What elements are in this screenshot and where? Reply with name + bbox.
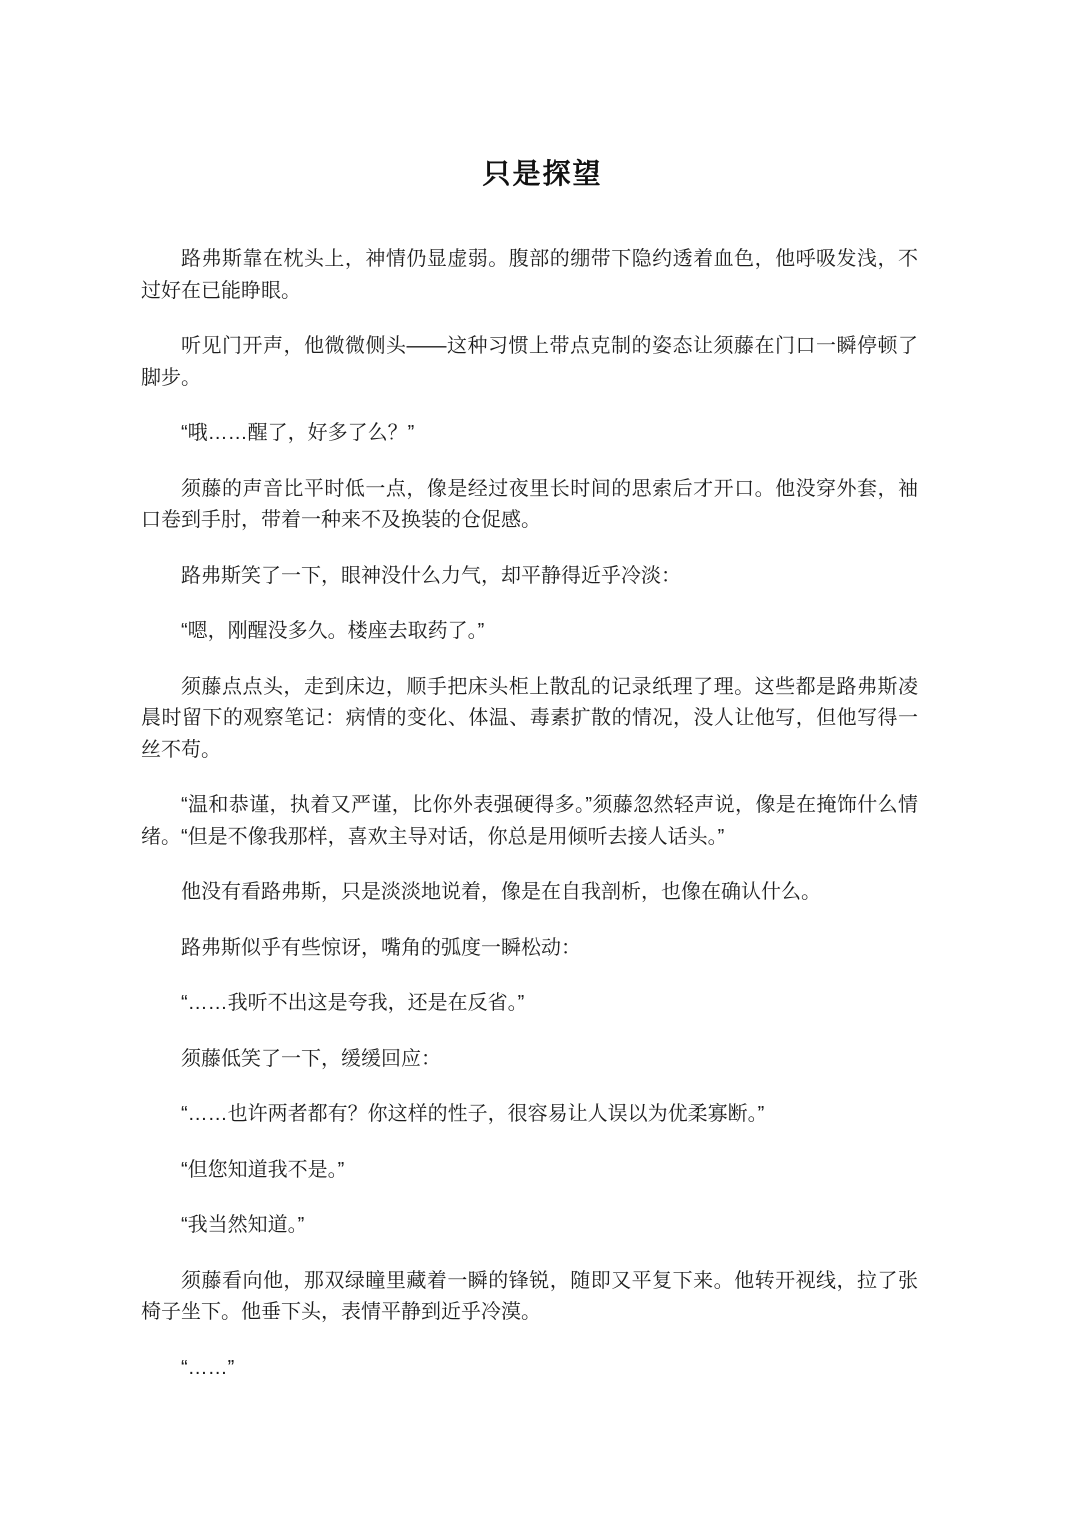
paragraph-4: 须藤的声音比平时低一点，像是经过夜里长时间的思索后才开口。他没穿外套，袖口卷到手…: [141, 474, 918, 537]
paragraph-10: 路弗斯似乎有些惊讶，嘴角的弧度一瞬松动：: [141, 933, 918, 965]
paragraph-5: 路弗斯笑了一下，眼神没什么力气，却平静得近乎冷淡：: [141, 561, 918, 593]
paragraph-8-dialogue: “温和恭谨，执着又严谨，比你外表强硬得多。”须藤忽然轻声说，像是在掩饰什么情绪。…: [141, 790, 918, 853]
document-page: 只是探望 路弗斯靠在枕头上，神情仍显虚弱。腹部的绷带下隐约透着血色，他呼吸发浅，…: [0, 0, 1080, 1527]
paragraph-3-dialogue: “哦……醒了，好多了么？”: [141, 418, 918, 450]
paragraph-12: 须藤低笑了一下，缓缓回应：: [141, 1044, 918, 1076]
paragraph-7: 须藤点点头，走到床边，顺手把床头柜上散乱的记录纸理了理。这些都是路弗斯凌晨时留下…: [141, 672, 918, 767]
paragraph-16: 须藤看向他，那双绿瞳里藏着一瞬的锋锐，随即又平复下来。他转开视线，拉了张椅子坐下…: [141, 1266, 918, 1329]
paragraph-15-dialogue: “我当然知道。”: [141, 1210, 918, 1242]
paragraph-17-dialogue: “……”: [141, 1353, 918, 1385]
paragraph-11-dialogue: “……我听不出这是夸我，还是在反省。”: [141, 988, 918, 1020]
paragraph-1: 路弗斯靠在枕头上，神情仍显虚弱。腹部的绷带下隐约透着血色，他呼吸发浅，不过好在已…: [141, 244, 918, 307]
paragraph-6-dialogue: “嗯，刚醒没多久。楼座去取药了。”: [141, 616, 918, 648]
document-body: 路弗斯靠在枕头上，神情仍显虚弱。腹部的绷带下隐约透着血色，他呼吸发浅，不过好在已…: [141, 244, 918, 1384]
paragraph-2: 听见门开声，他微微侧头——这种习惯上带点克制的姿态让须藤在门口一瞬停顿了脚步。: [141, 331, 918, 394]
paragraph-13-dialogue: “……也许两者都有？你这样的性子，很容易让人误以为优柔寡断。”: [141, 1099, 918, 1131]
paragraph-14-dialogue: “但您知道我不是。”: [141, 1155, 918, 1187]
page-title: 只是探望: [154, 156, 931, 192]
paragraph-9: 他没有看路弗斯，只是淡淡地说着，像是在自我剖析，也像在确认什么。: [141, 877, 918, 909]
